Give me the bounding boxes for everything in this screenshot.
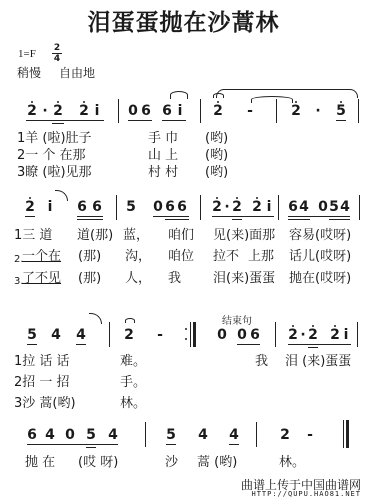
ending-label: 结束句 xyxy=(222,312,252,327)
note: 0 xyxy=(237,328,247,342)
note: i xyxy=(341,328,351,342)
lyric: 2一 个 在那 xyxy=(17,148,86,163)
note: 6 xyxy=(162,104,172,118)
lyric: 咱位 xyxy=(168,249,194,264)
note: 2 xyxy=(330,328,340,342)
lyric: 林。 xyxy=(279,455,305,470)
note: 2 xyxy=(232,200,242,214)
underline xyxy=(308,347,318,348)
lyric: (那) xyxy=(78,271,101,286)
note: 4 xyxy=(198,428,208,442)
note: 4 xyxy=(51,328,61,342)
lyric: 容易(哎呀) xyxy=(289,228,351,243)
underline xyxy=(27,344,37,345)
lyric: 1羊 (啦)肚子 xyxy=(17,131,92,146)
watermark-url: HTTP://QUPU.HAO81.NET xyxy=(251,490,361,498)
lyric: 手。 xyxy=(120,375,146,390)
lyric: 泪(来)蛋蛋 xyxy=(213,271,275,286)
lyric: (哎 呀) xyxy=(78,455,118,470)
lyric: 村 村 xyxy=(148,165,178,180)
glide-arrow-icon xyxy=(55,190,68,201)
tempo-speed: 稍慢 xyxy=(17,64,41,81)
underline xyxy=(336,120,346,121)
lyric: 话儿(哎呀) xyxy=(289,249,351,264)
barline xyxy=(145,422,146,447)
underline xyxy=(86,447,96,448)
note-extend: - xyxy=(155,328,165,342)
note: 4 xyxy=(229,428,239,442)
note: 2 xyxy=(308,328,318,342)
note-fermata: 2 xyxy=(213,104,223,118)
lyric: 了不见 xyxy=(22,271,61,286)
note: 6 xyxy=(288,200,298,214)
lyric: 蓝， xyxy=(123,228,149,243)
note-dot: · xyxy=(298,328,308,342)
note: 4 xyxy=(108,428,118,442)
underline xyxy=(25,216,35,217)
note: 6 xyxy=(77,200,87,214)
glide-arrow-icon xyxy=(89,313,102,324)
note: 6 xyxy=(92,200,102,214)
note: 5 xyxy=(86,428,96,442)
note: 6 xyxy=(250,328,260,342)
underline xyxy=(26,120,104,121)
note: 0 xyxy=(318,200,328,214)
underline xyxy=(165,219,189,220)
lyric: (那) xyxy=(78,249,101,264)
lyric: 道(那) xyxy=(77,228,113,243)
lyric: 1拉 话 话 xyxy=(14,354,70,369)
lyric: 蒿 (哟) xyxy=(197,455,237,470)
underline xyxy=(288,219,310,220)
note: 5 xyxy=(126,200,136,214)
underline xyxy=(237,344,260,345)
note: 0 xyxy=(128,104,138,118)
underline xyxy=(52,123,64,124)
time-sig-top: 2 xyxy=(54,43,60,53)
note: 2 xyxy=(252,200,262,214)
note-extend: - xyxy=(305,428,315,442)
note: 5 xyxy=(336,104,346,118)
lyric: 3瞭 (啦)见那 xyxy=(17,165,92,180)
underline xyxy=(162,120,186,121)
barline xyxy=(358,99,359,123)
lyric: 林。 xyxy=(120,396,146,411)
lyric: 沟， xyxy=(125,249,151,264)
barline xyxy=(118,99,119,123)
lyric: 一个在 xyxy=(22,249,61,264)
note: 2 xyxy=(288,328,298,342)
barline xyxy=(200,99,201,123)
note-dot: · xyxy=(222,200,232,214)
note: 6 xyxy=(165,200,175,214)
lyric: 咱们 xyxy=(168,228,194,243)
slur xyxy=(251,96,293,103)
note: i xyxy=(175,104,185,118)
time-sig-bottom: 4 xyxy=(54,54,60,64)
lyric: 上那 xyxy=(248,249,274,264)
lyric: 我 xyxy=(255,354,268,369)
note: 5 xyxy=(166,428,176,442)
lyric: (哟) xyxy=(205,131,228,146)
lyric: 2招 一 招 xyxy=(14,375,70,390)
underline xyxy=(77,219,103,220)
note: 0 xyxy=(153,200,163,214)
note: 6 xyxy=(177,200,187,214)
underline xyxy=(166,444,176,445)
underline xyxy=(76,344,86,345)
time-signature: 2 4 xyxy=(52,44,62,63)
note: 4 xyxy=(76,328,86,342)
underline xyxy=(288,216,350,217)
note: i xyxy=(92,104,102,118)
note: 2 xyxy=(53,104,63,118)
underline xyxy=(229,444,239,445)
lyric: (哟) xyxy=(205,165,228,180)
barline xyxy=(256,422,257,447)
underline xyxy=(212,216,274,217)
note: 0 xyxy=(217,328,227,342)
note: 4 xyxy=(45,428,55,442)
lyric: 抛 在 xyxy=(25,455,55,470)
note-extend: - xyxy=(245,104,255,118)
lyric: 手 巾 xyxy=(148,131,178,146)
lyric: 抛在(哎呀) xyxy=(289,271,351,286)
note: 2 xyxy=(25,200,35,214)
barline xyxy=(109,322,110,347)
note: i xyxy=(264,200,274,214)
key-signature: 1=F xyxy=(18,48,36,60)
underline xyxy=(153,216,189,217)
note-dot: · xyxy=(40,104,50,118)
note: 5 xyxy=(27,328,37,342)
lyric: 难。 xyxy=(120,354,146,369)
note: 2 xyxy=(280,428,290,442)
note: 6 xyxy=(27,428,37,442)
lyric: 人， xyxy=(125,271,151,286)
underline xyxy=(128,120,152,121)
fermata-icon xyxy=(125,318,135,323)
slur xyxy=(170,91,188,99)
underline xyxy=(77,216,103,217)
note: 6 xyxy=(141,104,151,118)
barline xyxy=(275,322,276,347)
underline xyxy=(27,444,118,445)
lyric: 沙 xyxy=(165,455,178,470)
lyric: 我 xyxy=(168,271,181,286)
tempo-style: 自由地 xyxy=(59,64,95,81)
barline xyxy=(278,195,279,220)
lyric: 拉不 xyxy=(213,249,239,264)
note: 2 xyxy=(212,200,222,214)
lyric: (哟) xyxy=(205,148,228,163)
barline xyxy=(116,195,117,220)
barline xyxy=(357,322,358,347)
underline xyxy=(288,344,351,345)
lyric: 1三 道 xyxy=(14,228,52,243)
note: 2 xyxy=(79,104,89,118)
note: 4 xyxy=(299,200,309,214)
lyric: 3沙 蒿(哟) xyxy=(14,396,76,411)
lyric: 见(来)面那 xyxy=(213,228,275,243)
note-dot: · xyxy=(313,104,323,118)
note: 4 xyxy=(340,200,350,214)
lyric: 山 上 xyxy=(148,148,178,163)
note-fermata: 2 xyxy=(124,328,134,342)
underline xyxy=(232,219,242,220)
note: i xyxy=(45,200,55,214)
barline xyxy=(200,195,201,220)
lyric: 泪 (来)蛋蛋 xyxy=(285,354,351,369)
barline xyxy=(359,195,360,220)
note: 2 xyxy=(27,104,37,118)
note: 5 xyxy=(329,200,339,214)
note: 2 xyxy=(291,104,301,118)
note: 0 xyxy=(65,428,75,442)
underline xyxy=(329,219,350,220)
song-title: 泪蛋蛋抛在沙蒿林 xyxy=(0,4,367,37)
